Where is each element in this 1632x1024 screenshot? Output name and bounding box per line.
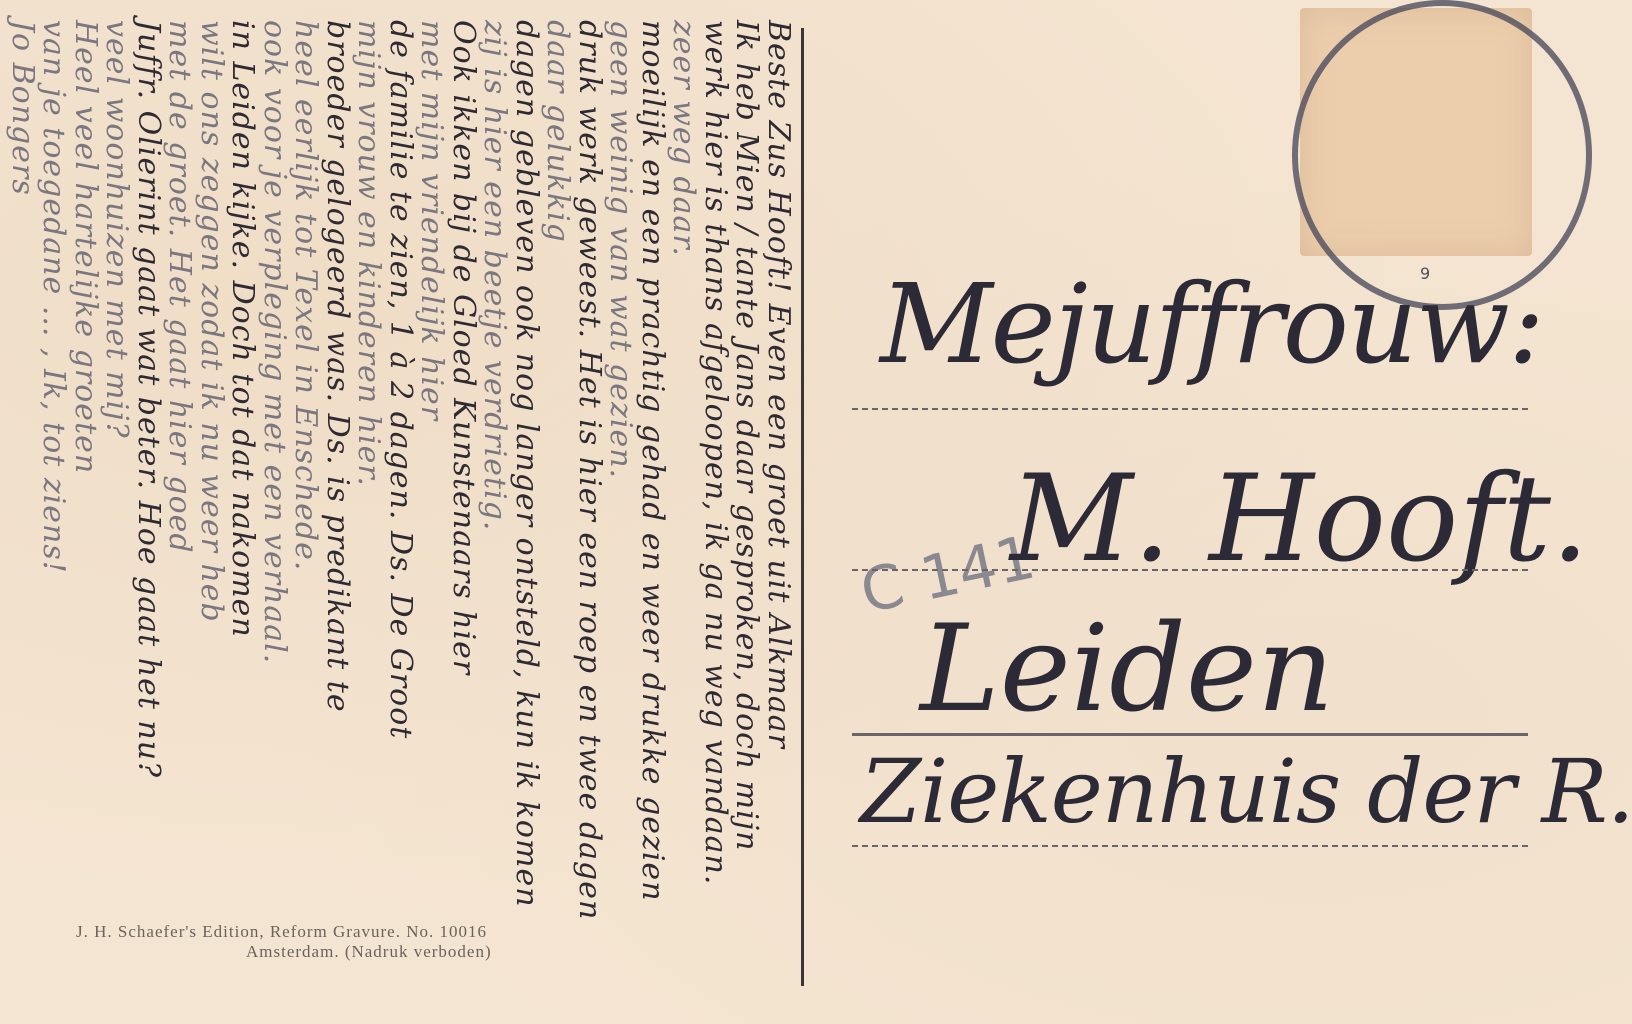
handwritten-message: Beste Zus Hooft! Even een groet uit Alkm… — [0, 0, 800, 1024]
message-line: Beste Zus Hooft! Even een groet uit Alkm… — [763, 20, 795, 990]
message-line: de familie te zien, 1 à 2 dagen. Ds. De … — [385, 20, 417, 990]
message-line: Juffr. Olierint gaat wat beter. Hoe gaat… — [133, 20, 165, 990]
message-line: druk werk geweest. Het is hier een roep … — [574, 20, 606, 990]
message-line: Ik heb Mien / tante Jans daar gesproken,… — [731, 20, 763, 990]
message-line: zeer weg daar. — [668, 20, 700, 990]
message-line: broeder gelogeerd was. Ds. is predikant … — [322, 20, 354, 990]
message-signature: Jo Bongers — [7, 20, 39, 990]
publisher-line-2: Amsterdam. (Nadruk verboden) — [76, 942, 716, 962]
message-line: van je toegedane ... , Ik, tot ziens! — [38, 20, 70, 990]
publisher-line-1: J. H. Schaefer's Edition, Reform Gravure… — [76, 922, 716, 942]
message-line: Heel veel hartelijke groeten — [70, 20, 102, 990]
address-rule-1 — [852, 408, 1528, 410]
message-line: in Leiden kijke. Doch tot dat nakomen — [227, 20, 259, 990]
address-city: Leiden — [920, 600, 1334, 739]
message-line: heel eerlijk tot Texel in Enschede. — [290, 20, 322, 990]
message-line: mijn vrouw en kinderen hier. — [353, 20, 385, 990]
message-line: wilt ons zeggen zodat ik nu weer heb — [196, 20, 228, 990]
message-line: met de groet. Het gaat hier goed — [164, 20, 196, 990]
postcard: Beste Zus Hooft! Even een groet uit Alkm… — [0, 0, 1632, 1024]
message-line: veel woonhuizen met mij? — [101, 20, 133, 990]
message-line: dagen gebleven ook nog langer ontsteld, … — [511, 20, 543, 990]
address-street: Ziekenhuis der R.U. — [860, 740, 1632, 843]
address-rule-4 — [852, 845, 1528, 847]
message-line: met mijn vriendelijk hier — [416, 20, 448, 990]
message-line: moeilijk en een prachtig gehad en weer d… — [637, 20, 669, 990]
message-line: zij is hier een beetje verdrietig. — [479, 20, 511, 990]
address-rule-2 — [852, 569, 1528, 571]
message-line: Ook ikken bij de Gloed Kunstenaars hier — [448, 20, 480, 990]
vertical-divider — [801, 28, 804, 986]
message-line: ook voor je verpleging met een verhaal. — [259, 20, 291, 990]
message-line: geen weinig van wat gezien. — [605, 20, 637, 990]
message-text-rotated: Beste Zus Hooft! Even een groet uit Alkm… — [0, 0, 800, 1010]
message-line: daar gelukkig — [542, 20, 574, 990]
publisher-imprint: J. H. Schaefer's Edition, Reform Gravure… — [76, 922, 716, 962]
address-salutation: Mejuffrouw: — [880, 260, 1543, 388]
address-rule-3 — [852, 733, 1528, 736]
message-line: werk hier is thans afgeloopen, ik ga nu … — [700, 20, 732, 990]
